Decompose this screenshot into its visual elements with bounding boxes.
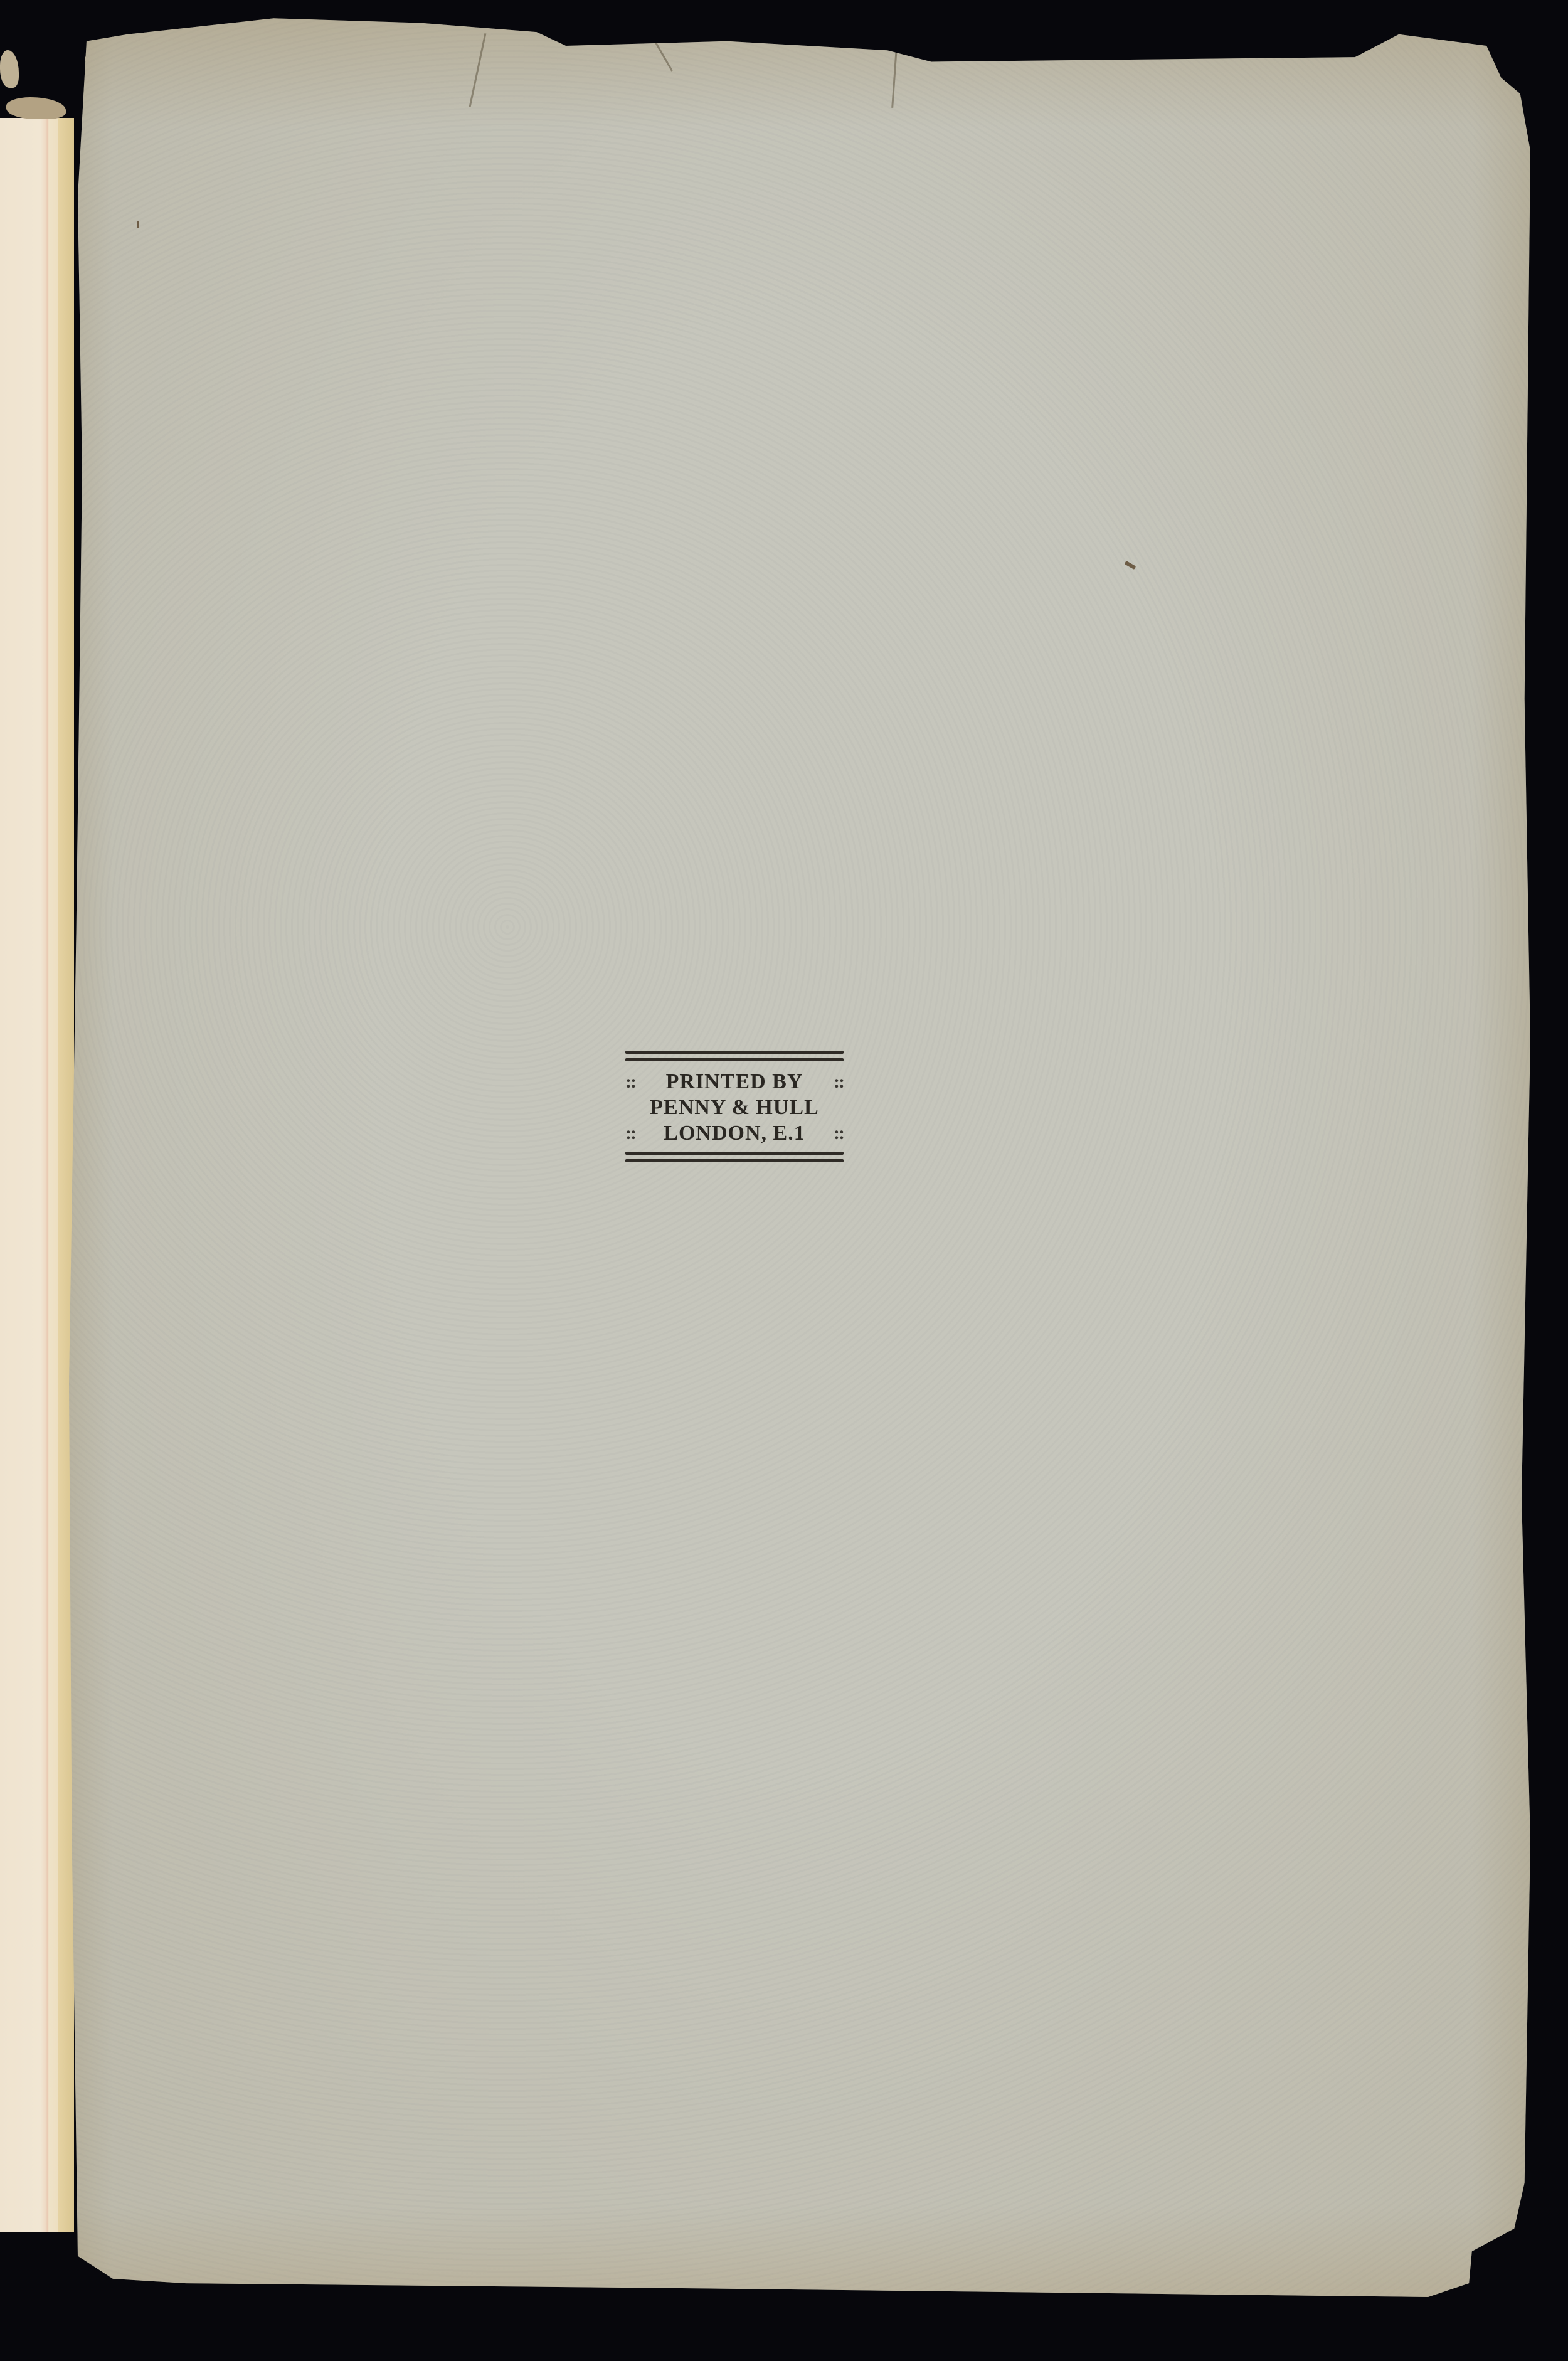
ornament-right: :: [834, 1069, 844, 1095]
inner-page-edge [0, 118, 74, 2232]
torn-scrap [0, 50, 19, 88]
imprint-location: LONDON, E.1 [664, 1120, 805, 1146]
paper-fleck [137, 221, 139, 228]
imprint-top-rule [625, 1049, 844, 1063]
imprint-printed-by: PRINTED BY [666, 1069, 803, 1095]
torn-scrap [6, 97, 66, 119]
ornament-right: :: [834, 1120, 844, 1146]
ornament-left: :: [625, 1069, 635, 1095]
paper-fleck [1125, 561, 1136, 570]
imprint-line-3: :: LONDON, E.1 :: [625, 1120, 844, 1146]
imprint-bottom-rule [625, 1150, 844, 1164]
imprint-line-2: PENNY & HULL [625, 1095, 844, 1120]
crease-mark [891, 39, 898, 108]
ornament-left: :: [625, 1120, 635, 1146]
crease-mark [652, 38, 673, 71]
crease-mark [469, 33, 487, 107]
printer-imprint: :: PRINTED BY :: PENNY & HULL :: LONDON,… [625, 1049, 844, 1164]
imprint-printer-name: PENNY & HULL [650, 1095, 819, 1120]
imprint-line-1: :: PRINTED BY :: [625, 1069, 844, 1095]
